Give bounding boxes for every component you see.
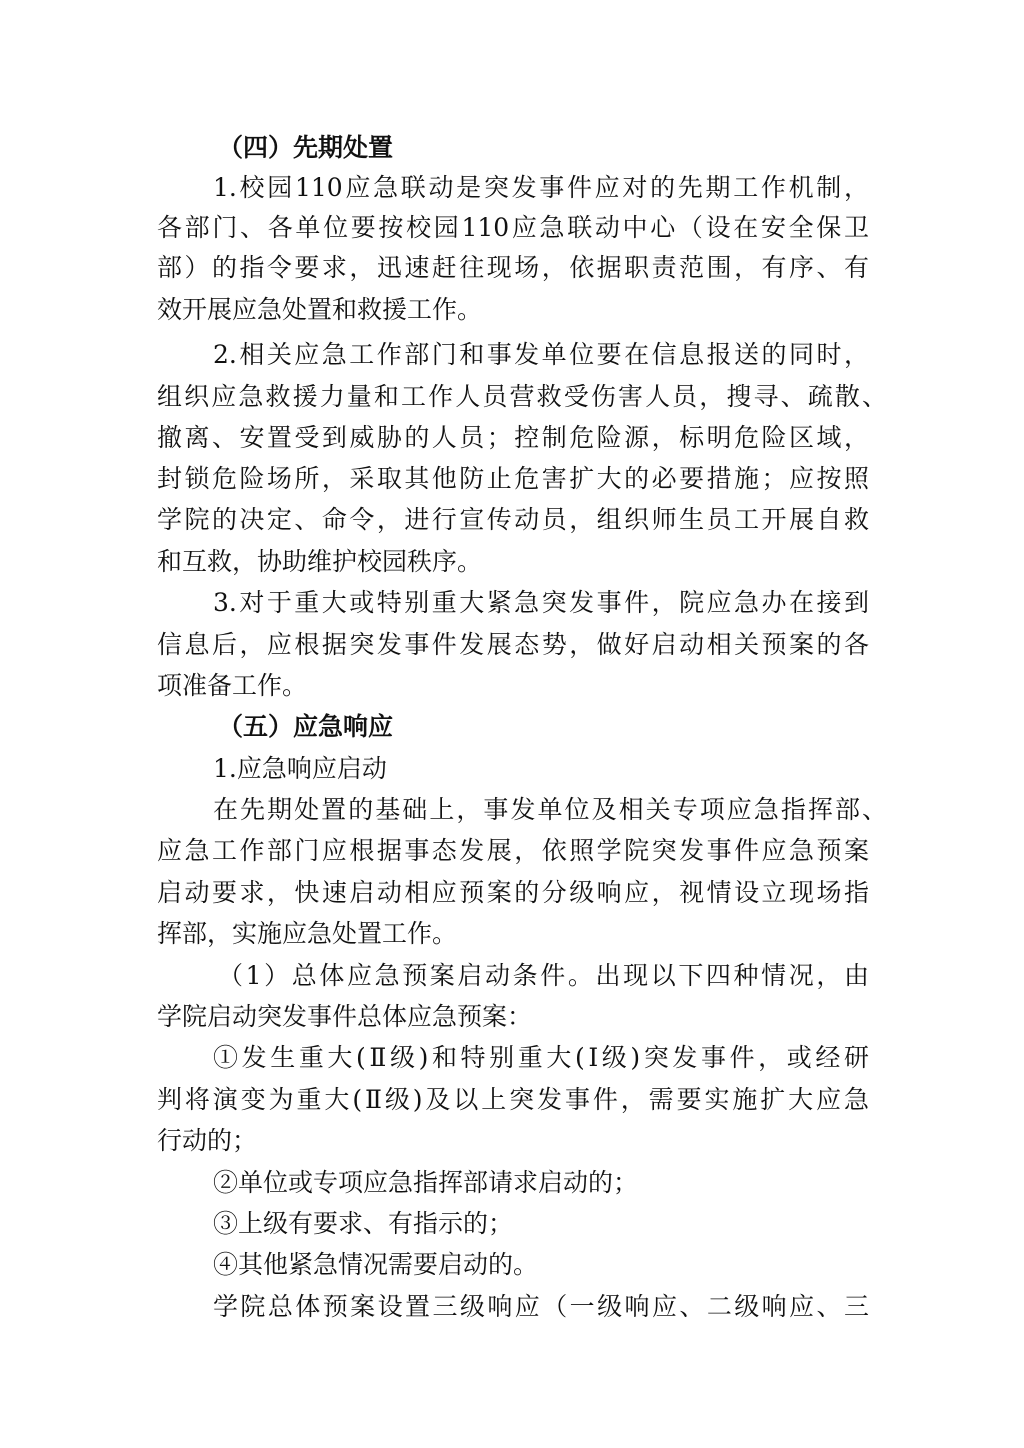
paragraph-line: 在先期处置的基础上，事发单位及相关专项应急指挥部、 [213,790,887,830]
paragraph-line: 判将演变为重大(Ⅱ级)及以上突发事件，需要实施扩大应急 [157,1080,869,1120]
paragraph-line: 封锁危险场所，采取其他防止危害扩大的必要措施；应按照 [157,459,869,499]
paragraph-line: 撤离、安置受到威胁的人员；控制危险源，标明危险区域， [157,418,869,458]
paragraph-line: 2.相关应急工作部门和事发单位要在信息报送的同时， [213,335,869,375]
paragraph-line: 信息后，应根据突发事件发展态势，做好启动相关预案的各 [157,625,869,665]
paragraph-line: 各部门、各单位要按校园110应急联动中心（设在安全保卫 [157,208,869,248]
list-item: ②单位或专项应急指挥部请求启动的； [213,1163,925,1203]
paragraph-line: 部）的指令要求，迅速赶往现场，依据职责范围，有序、有 [157,248,869,288]
paragraph-line: 1.校园110应急联动是突发事件应对的先期工作机制， [213,168,869,208]
paragraph-line: （1）总体应急预案启动条件。出现以下四种情况，由 [218,956,869,996]
paragraph-line: 组织应急救援力量和工作人员营救受伤害人员，搜寻、疏散、 [157,377,887,417]
paragraph-line: 启动要求，快速启动相应预案的分级响应，视情设立现场指 [157,873,869,913]
paragraph-line: 行动的； [157,1121,869,1161]
list-item: ①发生重大(Ⅱ级)和特别重大(Ⅰ级)突发事件，或经研 [213,1038,869,1078]
paragraph-line: 和互救，协助维护校园秩序。 [157,542,869,582]
list-item: ③上级有要求、有指示的； [213,1204,925,1244]
paragraph-line: 学院的决定、命令，进行宣传动员，组织师生员工开展自救 [157,500,869,540]
paragraph-line: 学院总体预案设置三级响应（一级响应、二级响应、三 [213,1287,869,1327]
paragraph-line: 项准备工作。 [157,666,869,706]
paragraph-line: 学院启动突发事件总体应急预案： [157,997,869,1037]
document-page: （四）先期处置 1.校园110应急联动是突发事件应对的先期工作机制， 各部门、各… [0,0,1024,1448]
section-heading-5: （五）应急响应 [218,707,930,747]
paragraph-line: 效开展应急处置和救援工作。 [157,290,869,330]
paragraph-line: 挥部，实施应急处置工作。 [157,914,869,954]
list-item: ④其他紧急情况需要启动的。 [213,1245,925,1285]
paragraph-line: 应急工作部门应根据事态发展，依照学院突发事件应急预案 [157,831,869,871]
paragraph-line: 3.对于重大或特别重大紧急突发事件，院应急办在接到 [213,583,869,623]
section-heading-4: （四）先期处置 [218,128,930,168]
subsection-heading: 1.应急响应启动 [213,749,925,789]
